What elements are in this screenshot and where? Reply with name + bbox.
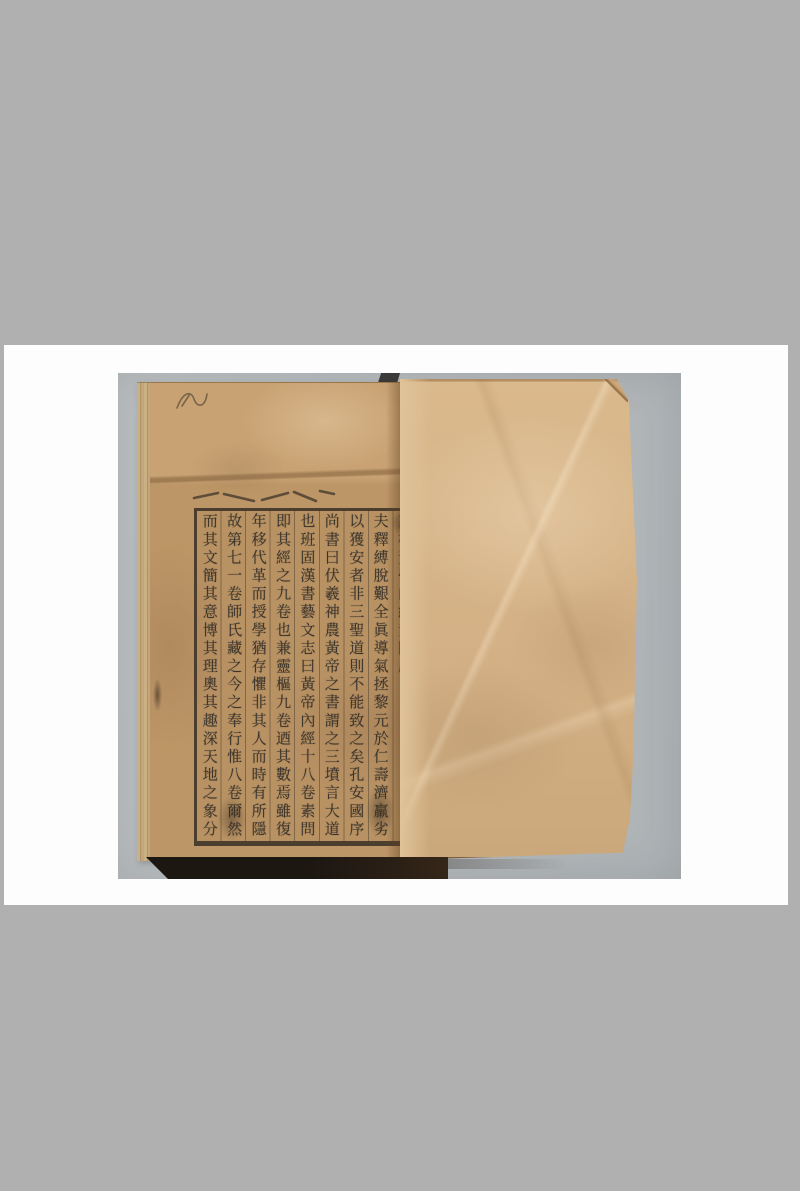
ink-flourish-smudge: [174, 386, 210, 412]
book-photograph: 重校黃帝內經素問序 夫釋縛脫艱全眞導氣拯黎元於仁壽濟羸劣 以獲安者非三聖道則不能…: [118, 373, 681, 879]
gutter-shadow: [386, 382, 400, 860]
corner-fold: [605, 379, 628, 402]
book-bottom-block: [146, 857, 448, 879]
text-column: 故第七一卷師氏藏之今之奉行惟八卷爾然: [222, 513, 246, 841]
canvas-background: 重校黃帝內經素問序 夫釋縛脫艱全眞導氣拯黎元於仁壽濟羸劣 以獲安者非三聖道則不能…: [0, 0, 800, 1191]
right-page: [400, 379, 637, 860]
margin-smudge: [153, 678, 162, 712]
photo-mat: 重校黃帝內經素問序 夫釋縛脫艱全眞導氣拯黎元於仁壽濟羸劣 以獲安者非三聖道則不能…: [4, 345, 788, 905]
text-column: 也班固漢書藝文志曰黃帝內經十八卷素問: [295, 513, 319, 841]
text-column: 即其經之九卷也兼靈樞九卷迺其數焉雖復: [271, 513, 295, 841]
text-column: 而其文簡其意博其理奧其趣深天地之象分: [197, 513, 221, 841]
text-column: 以獲安者非三聖道則不能致之矣孔安國序: [344, 513, 368, 841]
text-column: 年移代革而授學猶存懼非其人而時有所隱: [246, 513, 270, 841]
text-column: 尚書曰伏羲神農黃帝之書謂之三墳言大道: [319, 513, 343, 841]
preface-text-columns: 重校黃帝內經素問序 夫釋縛脫艱全眞導氣拯黎元於仁壽濟羸劣 以獲安者非三聖道則不能…: [197, 511, 418, 841]
left-page-paper: 重校黃帝內經素問序 夫釋縛脫艱全眞導氣拯黎元於仁壽濟羸劣 以獲安者非三聖道則不能…: [150, 382, 400, 861]
book-shadow: [448, 859, 568, 869]
ink-smudge-marks: [190, 485, 340, 507]
left-page: 重校黃帝內經素問序 夫釋縛脫艱全眞導氣拯黎元於仁壽濟羸劣 以獲安者非三聖道則不能…: [137, 382, 400, 860]
